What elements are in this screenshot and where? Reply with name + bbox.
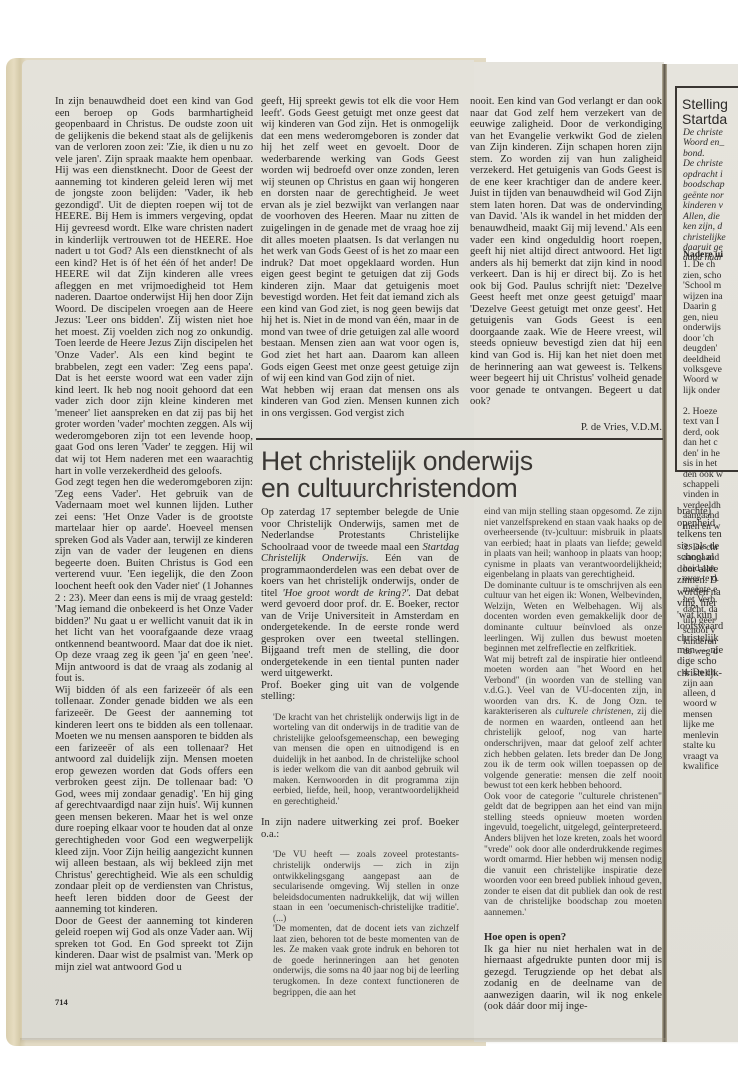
paragraph: Wat hebben wij eraan dat mensen ons als … — [261, 385, 459, 420]
text-line: loofswaard — [677, 621, 738, 633]
paragraph: Prof. Boeker ging uit van de volgende st… — [261, 680, 459, 703]
text-line: kwalifice — [683, 762, 738, 772]
block-quote: eind van mijn stelling staan opgesomd. Z… — [484, 507, 662, 581]
text-line: ving, hier — [677, 598, 738, 610]
paragraph: geeft, Hij spreekt gewis tot elk die voo… — [261, 96, 459, 385]
text-line: men — nie — [677, 645, 738, 657]
paragraph: Ik ga hier nu niet herhalen wat in de hi… — [484, 944, 662, 1013]
text: Dat debat werd gevoerd door prof. dr. E.… — [261, 588, 459, 680]
article-headline: Het christelijk onderwijs en cultuurchri… — [261, 448, 661, 502]
paragraph: God zegt tegen hen die wederomgeboren zi… — [55, 477, 253, 685]
meditation-column-1: In zijn benauwdheid doet een kind van Go… — [55, 96, 253, 974]
meditation-column-2: geeft, Hij spreekt gewis tot elk die voo… — [261, 96, 459, 419]
text-line: dige scho — [677, 656, 738, 668]
text-line: school al — [677, 552, 738, 564]
section-divider — [256, 438, 663, 440]
block-quote: Ook voor de categorie "culturele christe… — [484, 792, 662, 919]
headline-line-2: en cultuurchristendom — [261, 473, 518, 503]
right-page-body: brachte)openheidtelkens tensies als desc… — [677, 506, 738, 679]
text-line: brachte) — [677, 506, 738, 518]
text-line: christelijk — [677, 633, 738, 645]
text-line: telkens ten — [677, 529, 738, 541]
text: , zij die de normen en waarden, ontleend… — [484, 707, 662, 791]
headline-line-1: Het christelijk onderwijs — [261, 446, 533, 476]
term: culturele christenen — [555, 707, 631, 717]
text-line: lijk onder — [683, 386, 738, 396]
text-line: sis in het — [683, 459, 738, 469]
article-column-1: Op zaterdag 17 september belegde de Unie… — [261, 507, 459, 1008]
block-quote: 'De momenten, dat de docent iets van zic… — [273, 924, 459, 998]
box-intro: De christeWoord en_bond.De christeopdrac… — [683, 128, 738, 264]
box-title-line-2: Startda — [682, 111, 727, 127]
text-line: worden na — [677, 587, 738, 599]
text-line: sies als de — [677, 541, 738, 553]
author-signature: P. de Vries, V.D.M. — [470, 422, 662, 434]
page-shadow — [20, 1038, 738, 1044]
text-line: 'wat kun j — [677, 610, 738, 622]
text-line: zinnen. D — [677, 575, 738, 587]
page-number: 714 — [55, 997, 68, 1007]
article-column-2: eind van mijn stelling staan opgesomd. Z… — [484, 507, 662, 1013]
text-line: deugden' — [683, 344, 738, 354]
paragraph: Wij bidden óf als een farizeeër óf als e… — [55, 685, 253, 916]
text-line: christelijk- — [677, 668, 738, 680]
text-line: ken zijn, d — [683, 222, 738, 232]
paragraph: In zijn benauwdheid doet een kind van Go… — [55, 96, 253, 477]
meditation-column-3: nooit. Een kind van God verlangt er dan … — [470, 96, 662, 433]
subheading: Hoe open is open? — [484, 932, 662, 944]
article-intro: Op zaterdag 17 september belegde de Unie… — [261, 507, 459, 680]
paragraph: Door de Geest der aanneming tot kinderen… — [55, 916, 253, 974]
box-title: Stelling Startda — [682, 97, 738, 127]
debate-title: 'Hoe groot wordt de kring?'. — [282, 588, 411, 599]
box-title-line-1: Stelling — [682, 96, 728, 112]
text-line: openheid — [677, 518, 738, 530]
paragraph: nooit. Een kind van God verlangt er dan … — [470, 96, 662, 408]
block-quote: Wat mij betreft zal de inspiratie hier o… — [484, 655, 662, 792]
block-quote: De dominante cultuur is te omschrijven a… — [484, 581, 662, 655]
block-quote: 'De VU heeft — zoals zoveel protestants-… — [273, 850, 459, 924]
text-line: door allée — [677, 564, 738, 576]
block-quote: 'De kracht van het christelijk onderwijs… — [273, 713, 459, 808]
right-page: Stelling Startda De christeWoord en_bond… — [667, 64, 738, 1042]
paragraph: In zijn nadere uitwerking zei prof. Boek… — [261, 817, 459, 840]
